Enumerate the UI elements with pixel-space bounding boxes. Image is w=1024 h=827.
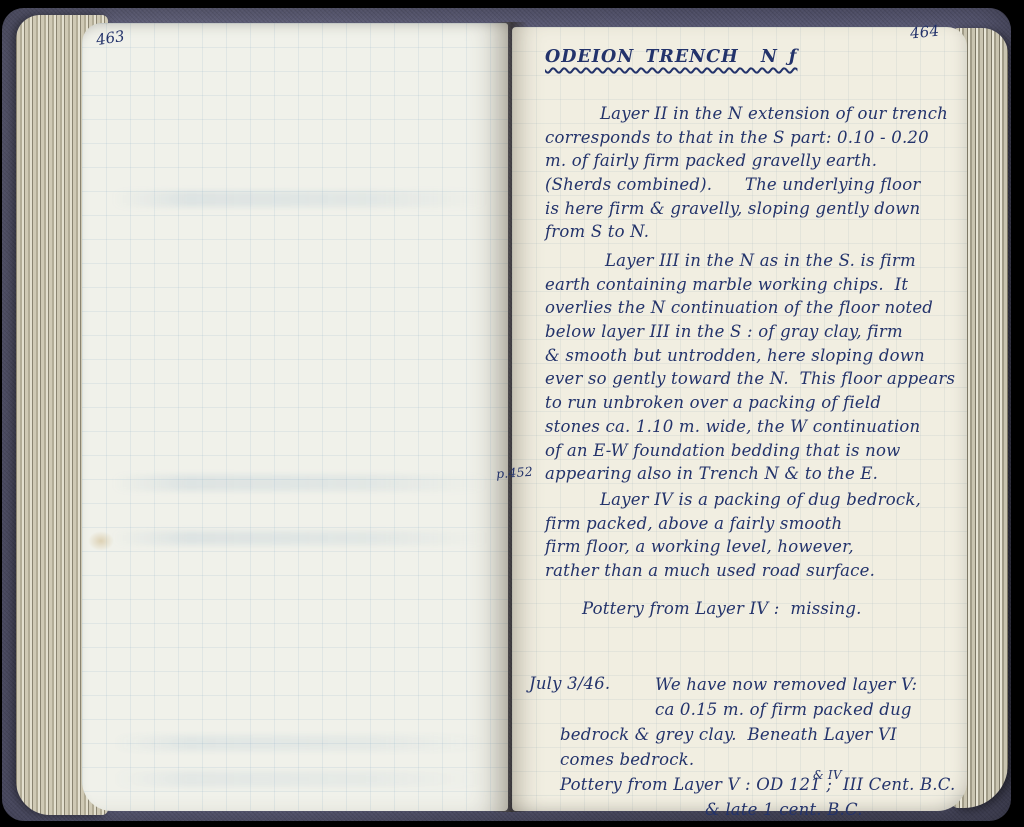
bleed-through-streak: [112, 475, 488, 491]
handwritten-line: firm packed, above a fairly smooth: [545, 512, 921, 536]
handwritten-line: ever so gently toward the N. This floor …: [545, 367, 955, 391]
handwritten-line: corresponds to that in the S part: 0.10 …: [545, 126, 948, 150]
pottery-note-layer-4: Pottery from Layer IV : missing.: [582, 599, 862, 618]
handwritten-line: earth containing marble working chips. I…: [545, 273, 955, 297]
handwritten-line: Layer IV is a packing of dug bedrock,: [545, 488, 921, 512]
paper-stain: [88, 531, 114, 551]
notebook-photo: 463 464 ODEION TRENCH N ƒ Layer II in th…: [0, 0, 1024, 827]
handwritten-line: m. of fairly firm packed gravelly earth.: [545, 149, 948, 173]
margin-page-reference: p.452: [496, 464, 534, 482]
entry-date: July 3/46.: [529, 674, 610, 693]
handwritten-line: ca 0.15 m. of firm packed dug: [545, 697, 955, 722]
handwritten-line: (Sherds combined). The underlying floor: [545, 173, 948, 197]
page-number-right: 464: [909, 22, 940, 43]
bleed-through-streak: [112, 771, 488, 787]
handwritten-line: of an E-W foundation bedding that is now: [545, 439, 955, 463]
page-number-left: 463: [95, 27, 126, 49]
paragraph-layer-3: Layer III in the N as in the S. is firm …: [545, 249, 955, 486]
handwritten-line: stones ca. 1.10 m. wide, the W continuat…: [545, 415, 955, 439]
bleed-through-streak: [112, 735, 488, 751]
handwritten-line: from S to N.: [545, 220, 948, 244]
handwritten-line: comes bedrock.: [545, 747, 955, 772]
handwritten-line: Pottery from Layer V : OD 121 ; III Cent…: [545, 772, 955, 797]
entry-title: ODEION TRENCH N ƒ: [545, 47, 797, 67]
handwritten-line: below layer III in the S : of gray clay,…: [545, 320, 955, 344]
paragraph-layer-4: Layer IV is a packing of dug bedrock, fi…: [545, 488, 921, 583]
paragraph-layer-2: Layer II in the N extension of our trenc…: [545, 102, 948, 244]
handwritten-line: appearing also in Trench N & to the E.: [545, 462, 955, 486]
dated-entry-july-3-46: July 3/46. We have now removed layer V: …: [545, 672, 955, 822]
handwritten-line: rather than a much used road surface.: [545, 559, 921, 583]
handwritten-line: to run unbroken over a packing of field: [545, 391, 955, 415]
handwritten-line: overlies the N continuation of the floor…: [545, 296, 955, 320]
interlinear-insertion: & IV: [813, 768, 842, 782]
bleed-through-streak: [112, 191, 488, 207]
handwritten-line: is here firm & gravelly, sloping gently …: [545, 197, 948, 221]
handwritten-line: & late 1 cent. B.C.: [545, 797, 955, 822]
left-page: 463: [82, 23, 508, 811]
right-page: 464 ODEION TRENCH N ƒ Layer II in the N …: [512, 27, 967, 811]
handwritten-line: Layer II in the N extension of our trenc…: [545, 102, 948, 126]
bleed-through-streak: [112, 531, 488, 545]
handwritten-line: bedrock & grey clay. Beneath Layer VI: [545, 722, 955, 747]
handwritten-line: & smooth but untrodden, here sloping dow…: [545, 344, 955, 368]
handwritten-line: Layer III in the N as in the S. is firm: [545, 249, 955, 273]
handwritten-line: firm floor, a working level, however,: [545, 535, 921, 559]
